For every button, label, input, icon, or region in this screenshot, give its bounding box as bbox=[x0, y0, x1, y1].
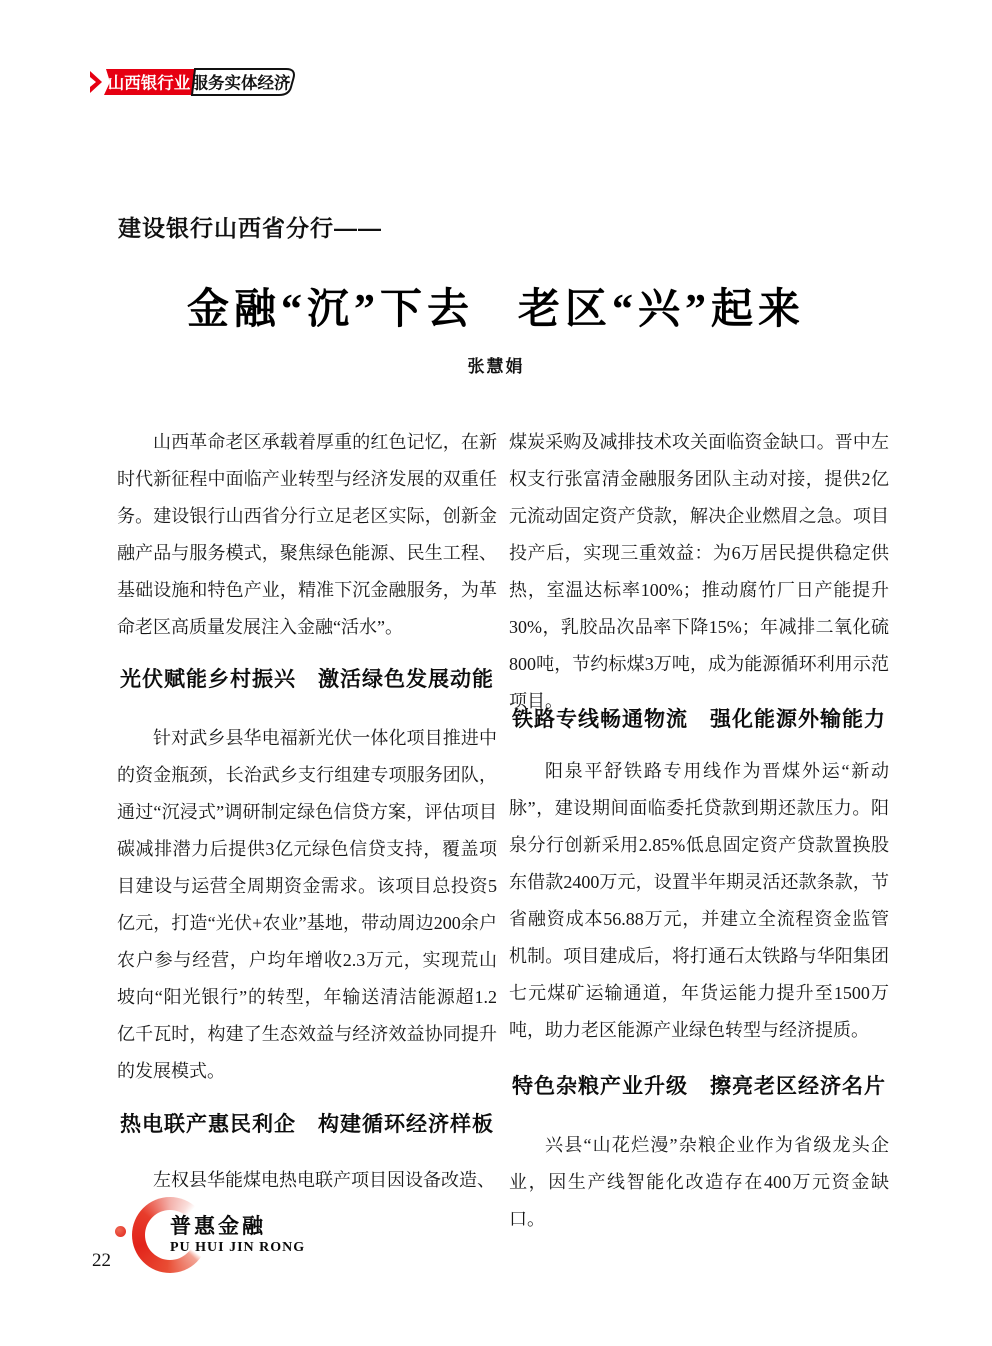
body-paragraph-grains: 兴县“山花烂漫”杂粮企业作为省级龙头企业，因生产线智能化改造存在400万元资金缺… bbox=[509, 1127, 889, 1238]
author-name: 张慧娟 bbox=[0, 352, 992, 377]
section-heading-grains: 特色杂粮产业升级 擦亮老区经济名片 bbox=[509, 1072, 889, 1102]
title-part-right: 老区“兴”起来 bbox=[518, 287, 805, 333]
title-part-left: 金融“沉”下去 bbox=[187, 287, 474, 333]
body-paragraph-cogeneration-cont: 煤炭采购及减排技术攻关面临资金缺口。晋中左权支行张富清金融服务团队主动对接，提供… bbox=[509, 424, 889, 720]
logo-subtitle: PU HUI JIN RONG bbox=[170, 1240, 305, 1256]
logo-title: 普惠金融 bbox=[170, 1210, 266, 1240]
section-badge: 山西银行业 服务实体经济 bbox=[90, 68, 300, 96]
section-heading-railway: 铁路专线畅通物流 强化能源外输能力 bbox=[509, 705, 889, 735]
body-paragraph-railway: 阳泉平舒铁路专用线作为晋煤外运“新动脉”，建设期间面临委托贷款到期还款压力。阳泉… bbox=[509, 753, 889, 1049]
section-heading-cogeneration: 热电联产惠民利企 构建循环经济样板 bbox=[117, 1110, 497, 1140]
badge-topic-label: 服务实体经济 bbox=[192, 73, 292, 93]
article-kicker: 建设银行山西省分行—— bbox=[118, 210, 382, 243]
body-paragraph-cogeneration-start: 左权县华能煤电热电联产项目因设备改造、 bbox=[117, 1162, 497, 1199]
body-paragraph-solar: 针对武乡县华电福新光伏一体化项目推进中的资金瓶颈，长治武乡支行组建专项服务团队，… bbox=[117, 720, 497, 1090]
ribbon-chevron-icon bbox=[90, 71, 102, 93]
article-title: 金融“沉”下去老区“兴”起来 bbox=[0, 276, 992, 336]
badge-region-label: 山西银行业 bbox=[108, 73, 191, 93]
magazine-page: 山西银行业 服务实体经济 建设银行山西省分行—— 金融“沉”下去老区“兴”起来 … bbox=[0, 0, 992, 1346]
section-heading-solar: 光伏赋能乡村振兴 激活绿色发展动能 bbox=[117, 665, 497, 695]
logo-dot-icon bbox=[115, 1226, 126, 1237]
intro-paragraph: 山西革命老区承载着厚重的红色记忆，在新时代新征程中面临产业转型与经济发展的双重任… bbox=[117, 424, 497, 646]
page-number: 22 bbox=[92, 1250, 111, 1272]
